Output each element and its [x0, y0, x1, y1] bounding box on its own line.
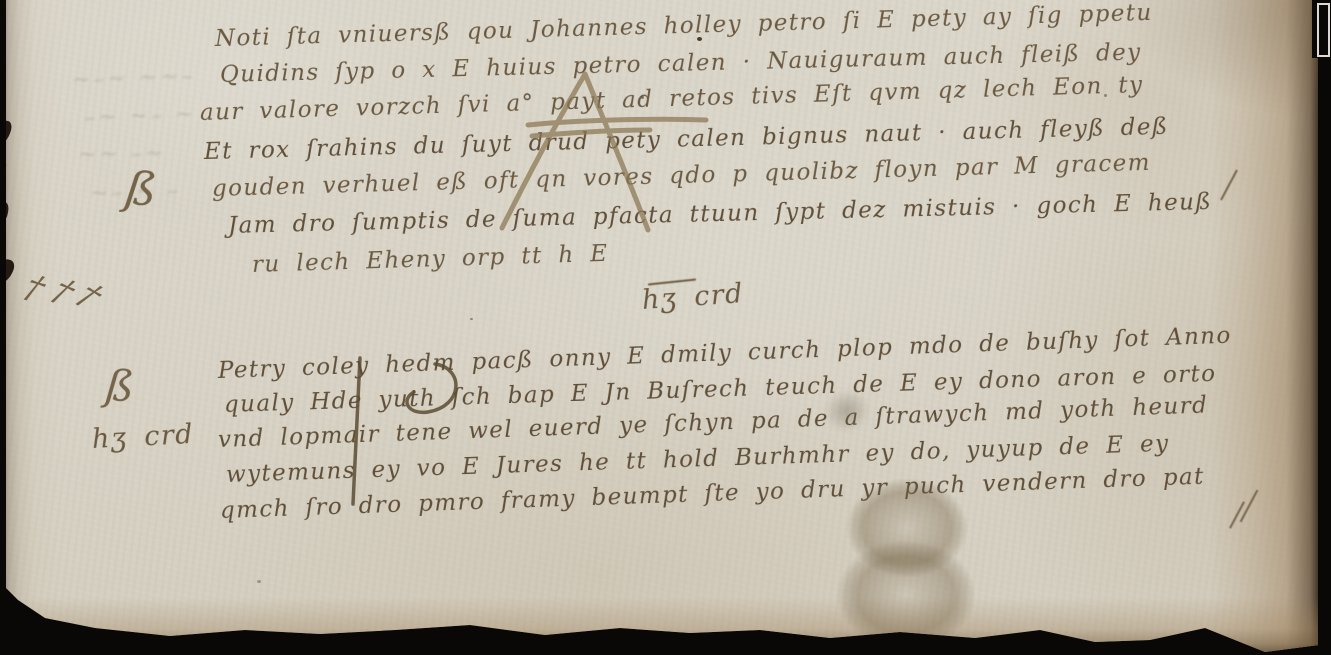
manuscript-photo: ~–~ ~~– –~ ~– ~ ~~ –~ ~– ~ – Noti ſta vn…: [0, 0, 1331, 655]
manuscript-page: ~–~ ~~– –~ ~– ~ ~~ –~ ~– ~ – Noti ſta vn…: [0, 0, 1331, 655]
show-through-line: –~ ~– ~: [84, 102, 197, 131]
margin-mark-2: ß: [104, 360, 136, 411]
edge-notch: [0, 296, 6, 331]
ink-speck: [697, 37, 702, 41]
bracket-flourish-icon: [340, 352, 470, 517]
photo-black-strip: [1318, 0, 1331, 655]
show-through-line: ~–~ ~~–: [72, 64, 197, 93]
ink-speck: [1104, 94, 1107, 97]
center-note: hʒ crd: [641, 278, 745, 316]
margin-cross-marks: † † †: [26, 268, 114, 308]
page-bottom-deckle-edge: [0, 597, 1331, 655]
ink-speck: [641, 96, 644, 99]
monogram-a-icon: [438, 50, 718, 250]
stain-blot: [836, 540, 976, 650]
edge-notch: [0, 513, 6, 532]
margin-note-2: hʒ crd: [91, 419, 194, 455]
calibration-box: [1317, 3, 1330, 57]
ink-speck: [470, 318, 473, 320]
ink-speck: [257, 580, 261, 583]
margin-mark-1: ß: [123, 160, 160, 217]
page-left-edge-shading: [0, 0, 60, 655]
